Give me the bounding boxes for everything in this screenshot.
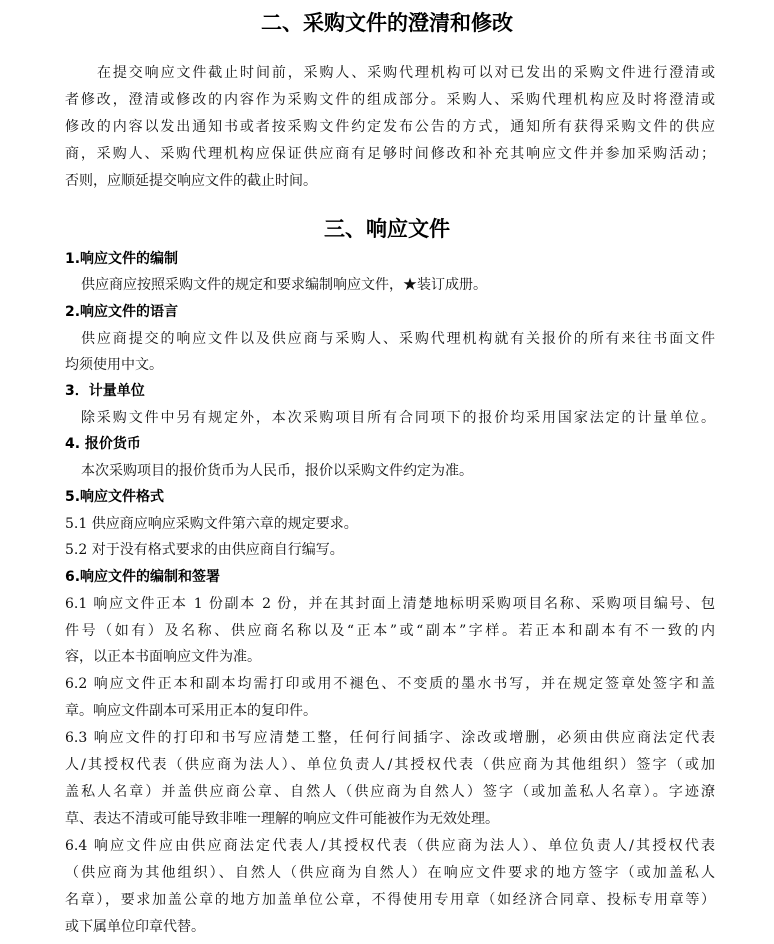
item-text: 供应商应按照采购文件的规定和要求编制响应文件，★装订成册。 xyxy=(81,276,715,294)
item-heading-language: 2.响应文件的语言 xyxy=(65,303,178,321)
item-text: 人/其授权代表（供应商为法人）、单位负责人/其授权代表（供应商为其他组织）签字（… xyxy=(65,756,715,774)
item-text: 除采购文件中另有规定外，本次采购项目所有合同项下的报价均采用国家法定的计量单位。 xyxy=(81,409,715,427)
item-heading-units: 3．计量单位 xyxy=(65,382,145,400)
item-text: 容，以正本书面响应文件为准。 xyxy=(65,648,715,666)
item-text: 6.2 响应文件正本和副本均需打印或用不褪色、不变质的墨水书写，并在规定签章处签… xyxy=(65,675,715,693)
paragraph-line: 在提交响应文件截止时间前，采购人、采购代理机构可以对已发出的采购文件进行澄清或 xyxy=(97,64,715,82)
item-text: 名章），要求加盖公章的地方加盖单位公章，不得使用专用章（如经济合同章、投标专用章… xyxy=(65,891,715,909)
section-title-clarification: 二、采购文件的澄清和修改 xyxy=(0,10,774,36)
section-title-response-documents: 三、响应文件 xyxy=(0,216,774,242)
item-text: 件号（如有）及名称、供应商名称以及“正本”或“副本”字样。若正本和副本有不一致的… xyxy=(65,622,715,640)
item-text: 6.3 响应文件的打印和书写应清楚工整，任何行间插字、涂改或增删，必须由供应商法… xyxy=(65,729,715,747)
item-text: 5.2 对于没有格式要求的由供应商自行编写。 xyxy=(65,541,715,559)
item-text: 5.1 供应商应响应采购文件第六章的规定要求。 xyxy=(65,515,715,533)
paragraph-line: 否则，应顺延提交响应文件的截止时间。 xyxy=(65,172,715,190)
paragraph-line: 者修改，澄清或修改的内容作为采购文件的组成部分。采购人、采购代理机构应及时将澄清… xyxy=(65,91,715,109)
item-text: 草、表达不清或可能导致非唯一理解的响应文件可能被作为无效处理。 xyxy=(65,810,715,828)
item-text: 供应商提交的响应文件以及供应商与采购人、采购代理机构就有关报价的所有来往书面文件 xyxy=(81,330,715,348)
item-heading-signing: 6.响应文件的编制和签署 xyxy=(65,568,220,586)
item-text: 盖私人名章）并盖供应商公章、自然人（供应商为自然人）签字（或加盖私人名章）。字迹… xyxy=(65,783,715,801)
item-heading-format: 5.响应文件格式 xyxy=(65,488,164,506)
document-page: 二、采购文件的澄清和修改 在提交响应文件截止时间前，采购人、采购代理机构可以对已… xyxy=(0,0,774,944)
item-text: （供应商为其他组织）、自然人（供应商为自然人）在响应文件要求的地方签字（或加盖私… xyxy=(65,864,715,882)
item-text: 章。响应文件副本可采用正本的复印件。 xyxy=(65,702,715,720)
item-text: 6.4 响应文件应由供应商法定代表人/其授权代表（供应商为法人）、单位负责人/其… xyxy=(65,837,715,855)
item-text: 或下属单位印章代替。 xyxy=(65,918,715,936)
item-heading-currency: 4. 报价货币 xyxy=(65,435,141,453)
item-heading-preparation: 1.响应文件的编制 xyxy=(65,250,178,268)
paragraph-line: 商，采购人、采购代理机构应保证供应商有足够时间修改和补充其响应文件并参加采购活动… xyxy=(65,145,715,163)
paragraph-line: 修改的内容以发出通知书或者按采购文件约定发布公告的方式，通知所有获得采购文件的供… xyxy=(65,118,715,136)
item-text: 本次采购项目的报价货币为人民币，报价以采购文件约定为准。 xyxy=(81,462,715,480)
item-text: 6.1 响应文件正本 1 份副本 2 份，并在其封面上清楚地标明采购项目名称、采… xyxy=(65,595,715,613)
item-text: 均须使用中文。 xyxy=(65,356,715,374)
